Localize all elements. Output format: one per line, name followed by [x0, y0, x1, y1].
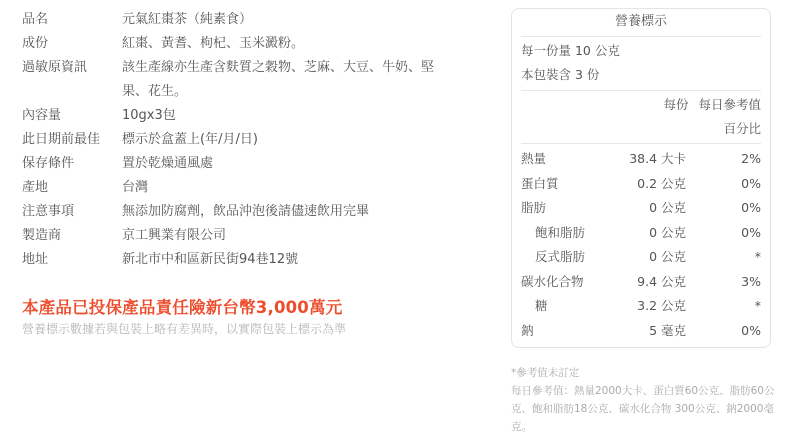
nutrition-title: 營養標示 — [521, 9, 761, 37]
spec-value: 標示於盒蓋上(年/月/日) — [122, 128, 442, 152]
spec-value: 京工興業有限公司 — [122, 224, 442, 248]
spec-value: 10gx3包 — [122, 104, 442, 128]
spec-label: 過敏原資訊 — [22, 56, 122, 104]
nutrition-row-sodium: 鈉 5 毫克 0% — [521, 319, 761, 344]
nutrient-amount: 0 公克 — [621, 221, 686, 246]
nutrition-row-carbohydrate: 碳水化合物 9.4 公克 3% — [521, 270, 761, 295]
nutrition-row-sugar: 糖 3.2 公克 * — [521, 294, 761, 319]
spec-row-manufacturer: 製造商 京工興業有限公司 — [22, 224, 442, 248]
nutrient-name: 熱量 — [521, 147, 621, 172]
footnote-not-established: *參考值未訂定 — [511, 364, 781, 382]
spec-value: 元氣紅棗茶（純素食） — [122, 8, 442, 32]
nutrient-amount: 38.4 大卡 — [621, 147, 686, 172]
nutrient-name: 鈉 — [521, 319, 621, 344]
nutrient-amount: 5 毫克 — [621, 319, 686, 344]
serving-info: 每一份量 10 公克 本包裝含 3 份 — [521, 37, 761, 91]
nutrition-facts-panel: 營養標示 每一份量 10 公克 本包裝含 3 份 每份 每日參考值 百分比 熱量… — [511, 8, 771, 348]
col-daily-value-line2: 百分比 — [521, 117, 761, 141]
spec-row-storage: 保存條件 置於乾燥通風處 — [22, 152, 442, 176]
nutrition-rows: 熱量 38.4 大卡 2% 蛋白質 0.2 公克 0% 脂肪 0 公克 0% 飽… — [521, 144, 761, 343]
spec-label: 保存條件 — [22, 152, 122, 176]
nutrition-row-protein: 蛋白質 0.2 公克 0% — [521, 172, 761, 197]
nutrient-amount: 0 公克 — [621, 196, 686, 221]
nutrient-amount: 0.2 公克 — [621, 172, 686, 197]
spec-label: 製造商 — [22, 224, 122, 248]
spec-value: 該生產線亦生產含麩質之穀物、芝麻、大豆、牛奶、堅果、花生。 — [122, 56, 442, 104]
nutrition-row-calories: 熱量 38.4 大卡 2% — [521, 147, 761, 172]
nutrient-amount: 0 公克 — [621, 245, 686, 270]
col-per-serving: 每份 — [628, 93, 688, 117]
nutrient-name: 飽和脂肪 — [521, 221, 621, 246]
spec-label: 地址 — [22, 248, 122, 272]
nutrient-daily-pct: 3% — [686, 270, 761, 295]
daily-value-notes: *參考值未訂定 每日參考值：熱量2000大卡、蛋白質60公克、脂肪60公克、飽和… — [511, 364, 781, 435]
nutrient-daily-pct: 0% — [686, 319, 761, 344]
spec-label: 品名 — [22, 8, 122, 32]
nutrient-daily-pct: * — [686, 294, 761, 319]
spec-row-quantity: 內容量 10gx3包 — [22, 104, 442, 128]
spec-value: 新北市中和區新民街94巷12號 — [122, 248, 442, 272]
nutrient-name: 碳水化合物 — [521, 270, 621, 295]
spec-row-allergens: 過敏原資訊 該生產線亦生產含麩質之穀物、芝麻、大豆、牛奶、堅果、花生。 — [22, 56, 442, 104]
spec-value: 無添加防腐劑，飲品沖泡後請儘速飲用完畢 — [122, 200, 442, 224]
nutrient-daily-pct: 2% — [686, 147, 761, 172]
nutrition-row-trans-fat: 反式脂肪 0 公克 * — [521, 245, 761, 270]
nutrition-row-saturated-fat: 飽和脂肪 0 公克 0% — [521, 221, 761, 246]
footnote-daily-reference: 每日參考值：熱量2000大卡、蛋白質60公克、脂肪60公克、飽和脂肪18公克、碳… — [511, 382, 781, 435]
spec-row-best-before: 此日期前最佳 標示於盒蓋上(年/月/日) — [22, 128, 442, 152]
spec-row-ingredients: 成份 紅棗、黃耆、枸杞、玉米澱粉。 — [22, 32, 442, 56]
spec-label: 產地 — [22, 176, 122, 200]
spec-label: 此日期前最佳 — [22, 128, 122, 152]
nutrient-name: 糖 — [521, 294, 621, 319]
nutrient-amount: 3.2 公克 — [621, 294, 686, 319]
spec-row-address: 地址 新北市中和區新民街94巷12號 — [22, 248, 442, 272]
nutrient-amount: 9.4 公克 — [621, 270, 686, 295]
nutrient-name: 蛋白質 — [521, 172, 621, 197]
product-spec-table: 品名 元氣紅棗茶（純素食） 成份 紅棗、黃耆、枸杞、玉米澱粉。 過敏原資訊 該生… — [22, 8, 442, 272]
nutrient-name: 反式脂肪 — [521, 245, 621, 270]
spec-label: 注意事項 — [22, 200, 122, 224]
col-daily-value: 每日參考值 — [698, 93, 761, 117]
nutrition-row-fat: 脂肪 0 公克 0% — [521, 196, 761, 221]
nutrition-column-headers: 每份 每日參考值 百分比 — [521, 91, 761, 144]
spec-row-name: 品名 元氣紅棗茶（純素食） — [22, 8, 442, 32]
spec-row-origin: 產地 台灣 — [22, 176, 442, 200]
spec-value: 台灣 — [122, 176, 442, 200]
nutrient-daily-pct: 0% — [686, 221, 761, 246]
nutrient-name: 脂肪 — [521, 196, 621, 221]
spec-row-notes: 注意事項 無添加防腐劑，飲品沖泡後請儘速飲用完畢 — [22, 200, 442, 224]
nutrition-disclaimer: 營養標示數據若與包裝上略有差異時，以實際包裝上標示為準 — [22, 320, 346, 337]
insurance-notice: 本產品已投保產品責任險新台幣3,000萬元 — [22, 294, 342, 318]
spec-label: 成份 — [22, 32, 122, 56]
servings-per-pack: 本包裝含 3 份 — [521, 63, 761, 87]
spec-value: 置於乾燥通風處 — [122, 152, 442, 176]
serving-size: 每一份量 10 公克 — [521, 39, 761, 63]
nutrient-daily-pct: * — [686, 245, 761, 270]
nutrient-daily-pct: 0% — [686, 172, 761, 197]
spec-label: 內容量 — [22, 104, 122, 128]
nutrient-daily-pct: 0% — [686, 196, 761, 221]
spec-value: 紅棗、黃耆、枸杞、玉米澱粉。 — [122, 32, 442, 56]
